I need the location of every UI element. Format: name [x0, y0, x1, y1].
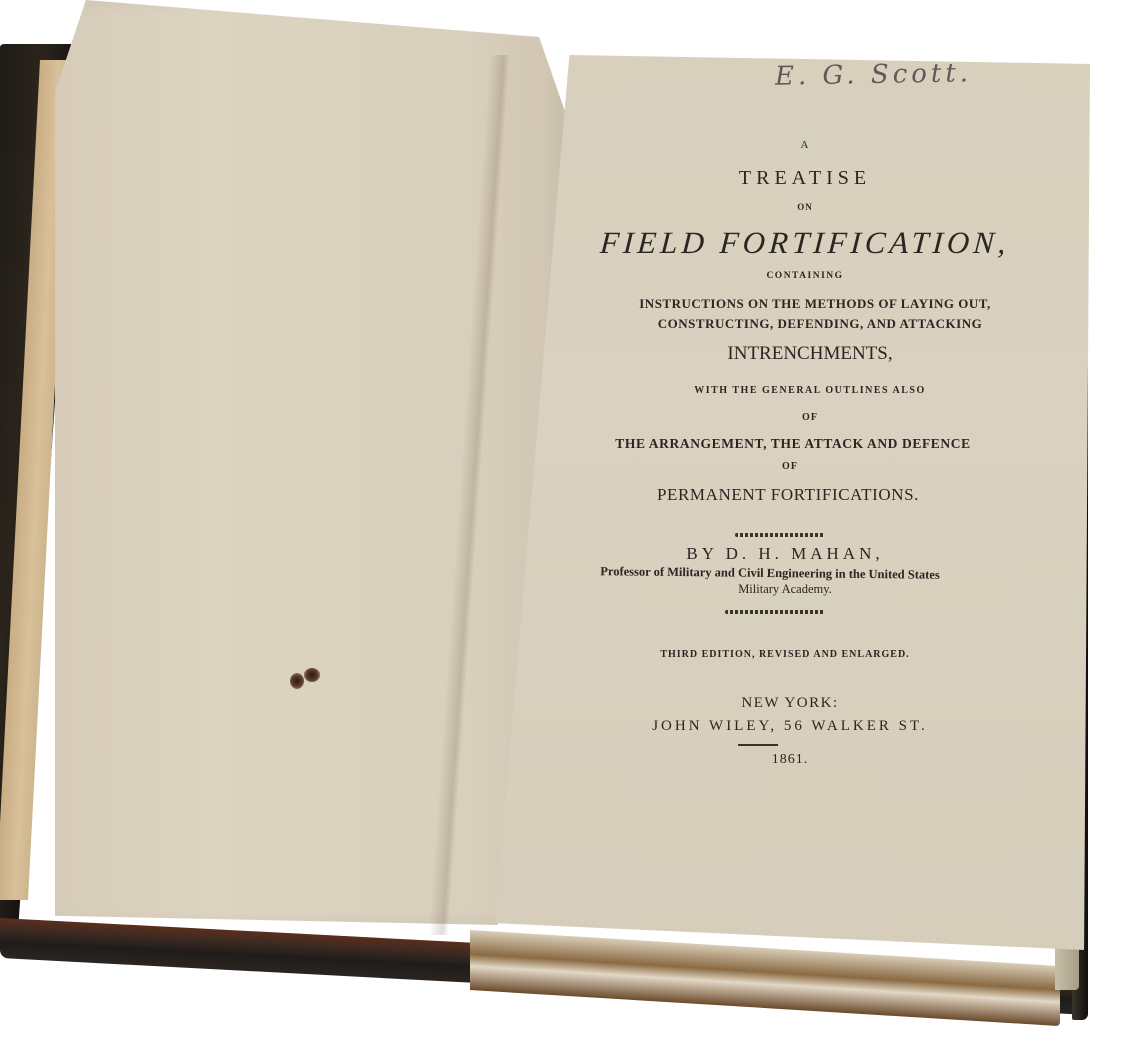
subtitle-instructions-1: INSTRUCTIONS ON THE METHODS OF LAYING OU… [600, 296, 1030, 312]
edition-statement: THIRD EDITION, REVISED AND ENLARGED. [555, 649, 1015, 660]
title-treatise: TREATISE [555, 167, 1055, 190]
main-title: FIELD FORTIFICATION, [554, 225, 1057, 261]
subtitle-permanent: PERMANENT FORTIFICATIONS. [573, 485, 1003, 505]
subtitle-intrenchments: INTRENCHMENTS, [595, 343, 1025, 365]
subtitle-containing: CONTAINING [555, 271, 1055, 281]
subtitle-of-1: OF [595, 412, 1025, 423]
ornamental-rule-bottom [725, 610, 825, 614]
subtitle-arrangement: THE ARRANGEMENT, THE ATTACK AND DEFENCE [573, 436, 1013, 452]
imprint-publisher: JOHN WILEY, 56 WALKER ST. [555, 718, 1025, 735]
title-page: E. G. Scott. A TREATISE ON FIELD FORTIFI… [555, 55, 1055, 945]
title-article: A [555, 139, 1055, 151]
ornamental-rule-top [735, 533, 825, 537]
foxing-spot [288, 668, 324, 690]
imprint-rule [738, 744, 778, 746]
subtitle-with-outlines: WITH THE GENERAL OUTLINES ALSO [595, 385, 1025, 396]
imprint-year: 1861. [555, 752, 1025, 768]
author-byline: BY D. H. MAHAN, [555, 544, 1015, 564]
author-affiliation-1: Professor of Military and Civil Engineer… [570, 564, 970, 583]
owner-signature: E. G. Scott. [775, 58, 973, 91]
author-affiliation-2: Military Academy. [555, 582, 1015, 597]
subtitle-of-2: OF [575, 461, 1005, 472]
imprint-city: NEW YORK: [555, 695, 1025, 712]
title-on: ON [555, 202, 1055, 212]
subtitle-instructions-2: CONSTRUCTING, DEFENDING, AND ATTACKING [605, 316, 1035, 332]
